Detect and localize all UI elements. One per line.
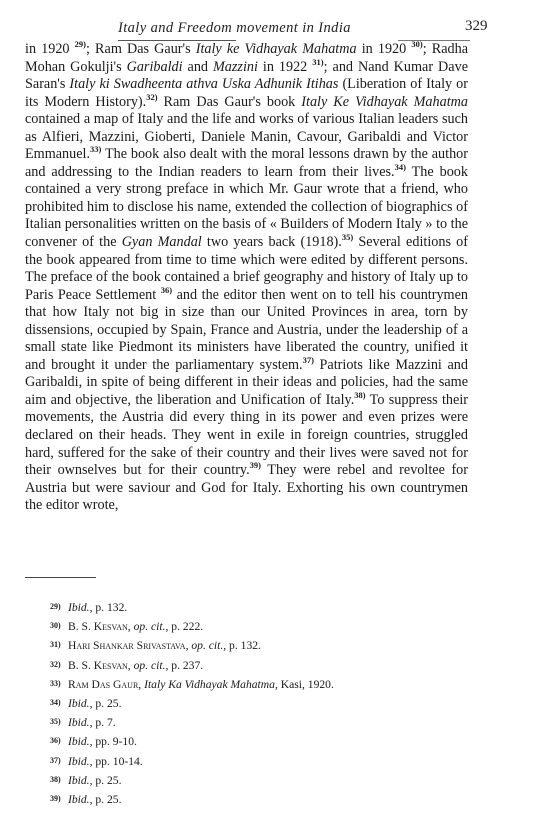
footnote-number: 37)	[50, 751, 68, 770]
italic-title: op. cit.	[134, 620, 166, 633]
running-title: Italy and Freedom movement in India	[118, 20, 351, 37]
italic-title: Italy Ka Vidhayak Mahatma	[144, 678, 275, 691]
footnote: 35)Ibid., p. 7.	[50, 712, 470, 731]
footnote-reference: 29)	[75, 39, 86, 49]
footnote-reference: 34)	[395, 162, 406, 172]
italic-title: Italy ke Vidhayak Mahatma	[196, 41, 357, 57]
italic-title: Ibid.	[68, 793, 90, 806]
footnote-number: 32)	[50, 655, 68, 674]
footnote-reference: 38)	[354, 390, 365, 400]
footnotes-list: 29)Ibid., p. 132.30)B. S. Kesvan, op. ci…	[50, 597, 470, 808]
italic-title: Ibid.	[68, 601, 90, 614]
footnote: 31)Hari Shankar Srivastava, op. cit., p.…	[50, 635, 470, 654]
italic-title: op. cit.	[191, 639, 223, 652]
footnote-number: 36)	[50, 731, 68, 750]
footnote-reference: 37)	[303, 355, 314, 365]
footnote: 34)Ibid., p. 25.	[50, 693, 470, 712]
paragraph: in 1920 29); Ram Das Gaur's Italy ke Vid…	[25, 41, 468, 515]
footnote-number: 30)	[50, 616, 68, 635]
italic-title: op. cit.	[134, 659, 166, 672]
footnote: 33)Ram Das Gaur, Italy Ka Vidhayak Mahat…	[50, 674, 470, 693]
body-text: in 1920 29); Ram Das Gaur's Italy ke Vid…	[25, 41, 468, 515]
footnote: 32)B. S. Kesvan, op. cit., p. 237.	[50, 655, 470, 674]
author-name: Ram Das Gaur	[68, 678, 138, 691]
footnote-number: 39)	[50, 789, 68, 808]
italic-title: Mazzini	[213, 59, 258, 75]
footnote-reference: 36)	[161, 285, 172, 295]
footnote-number: 31)	[50, 635, 68, 654]
italic-title: Ibid.	[68, 697, 90, 710]
footnote-reference: 31)	[312, 57, 323, 67]
italic-title: Ibid.	[68, 716, 90, 729]
italic-title: Ibid.	[68, 755, 90, 768]
footnote-separator	[25, 577, 96, 578]
author-name: Kesvan	[94, 659, 128, 672]
italic-title: Italy Ke Vidhayak Mahatma	[301, 94, 468, 110]
footnote-reference: 39)	[250, 460, 261, 470]
footnote: 36)Ibid., pp. 9-10.	[50, 731, 470, 750]
footnote-reference: 32)	[146, 92, 157, 102]
footnote-reference: 30)	[411, 39, 422, 49]
footnote: 38)Ibid., p. 25.	[50, 770, 470, 789]
footnote-number: 33)	[50, 674, 68, 693]
italic-title: Ibid.	[68, 774, 90, 787]
author-name: Kesvan	[94, 620, 128, 633]
footnote-number: 38)	[50, 770, 68, 789]
footnote-number: 35)	[50, 712, 68, 731]
footnote: 30)B. S. Kesvan, op. cit., p. 222.	[50, 616, 470, 635]
footnote-reference: 33)	[90, 144, 101, 154]
italic-title: Ibid.	[68, 735, 90, 748]
footnote-number: 29)	[50, 597, 68, 616]
author-name: Hari Shankar Srivastava	[68, 639, 186, 652]
footnote-reference: 35)	[342, 232, 353, 242]
italic-title: Garibaldi	[127, 59, 183, 75]
italic-title: Gyan Mandal	[122, 234, 202, 250]
footnote: 29)Ibid., p. 132.	[50, 597, 470, 616]
footnote-number: 34)	[50, 693, 68, 712]
italic-title: Italy ki Swadheenta athva Uska Adhunik I…	[69, 76, 338, 92]
page-number: 329	[465, 18, 488, 35]
footnote: 39)Ibid., p. 25.	[50, 789, 470, 808]
footnote: 37)Ibid., pp. 10-14.	[50, 751, 470, 770]
